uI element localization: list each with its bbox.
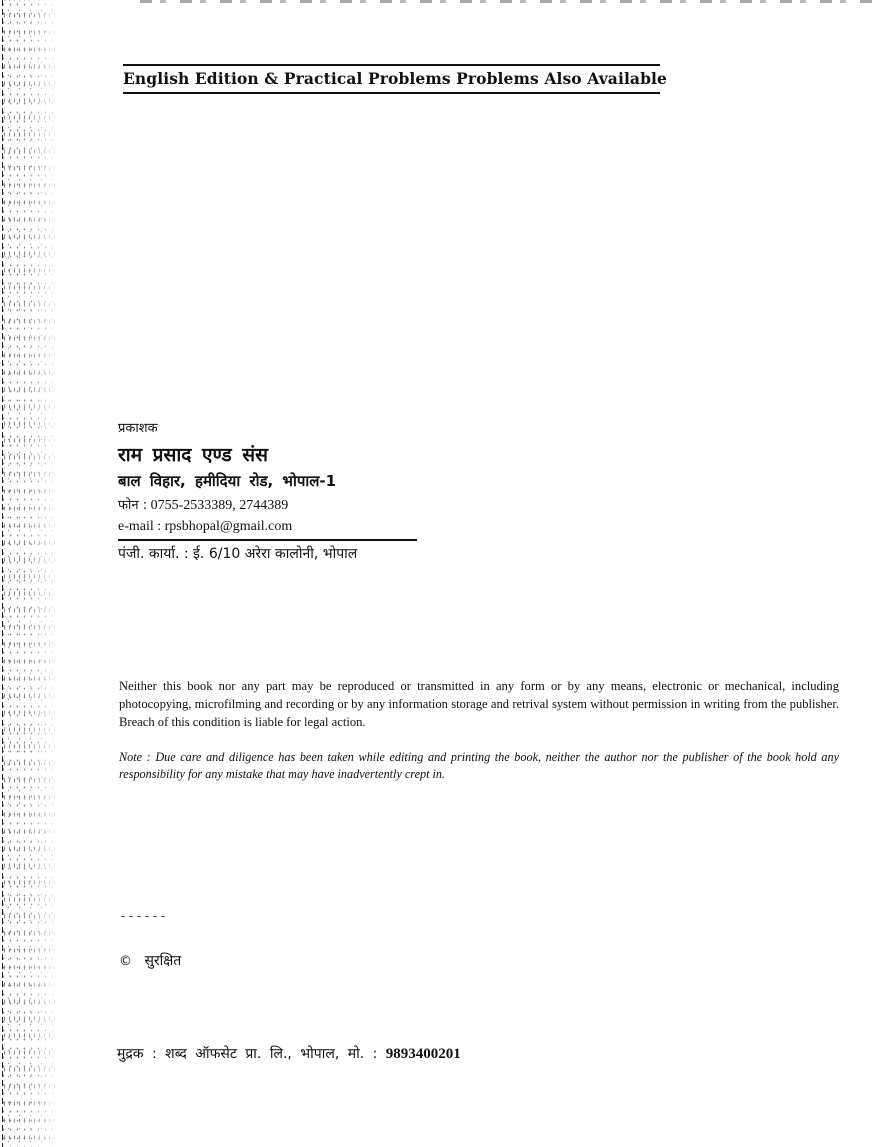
copyright-icon: © <box>119 954 132 969</box>
banner-top-rule <box>123 64 660 66</box>
banner-title: English Edition & Practical Problems Pro… <box>123 69 660 89</box>
publisher-block: प्रकाशक राम प्रसाद एण्ड संस बाल विहार, ह… <box>118 420 417 565</box>
copyright-line: © सुरक्षित <box>119 950 181 973</box>
phone-label: फोन : <box>118 498 147 513</box>
publisher-address: बाल विहार, हमीदिया रोड, भोपाल-1 <box>118 469 417 493</box>
scan-top-noise <box>140 0 875 3</box>
copyright-text: सुरक्षित <box>144 953 181 969</box>
publisher-label: प्रकाशक <box>118 420 417 438</box>
scan-edge-noise <box>0 0 60 1147</box>
scan-edge-line <box>2 0 3 1147</box>
registered-office: पंजी. कार्या. : ई. 6/10 अरेरा कालोनी, भो… <box>118 543 417 565</box>
book-imprint-page: English Edition & Practical Problems Pro… <box>0 0 875 1147</box>
availability-banner: English Edition & Practical Problems Pro… <box>123 64 660 94</box>
printer-line: मुद्रक : शब्द ऑफसेट प्रा. लि., भोपाल, मो… <box>117 1043 461 1065</box>
publisher-phone: फोन : 0755-2533389, 2744389 <box>118 495 417 517</box>
rights-notice: Neither this book nor any part may be re… <box>119 677 839 731</box>
publisher-divider <box>118 539 417 541</box>
banner-bottom-rule <box>123 92 660 94</box>
publisher-email: e-mail : rpsbhopal@gmail.com <box>118 517 417 537</box>
dashed-mark <box>121 916 165 917</box>
disclaimer-note: Note : Due care and diligence has been t… <box>119 749 839 783</box>
printer-mobile: 9893400201 <box>386 1046 461 1062</box>
printer-text: मुद्रक : शब्द ऑफसेट प्रा. लि., भोपाल, मो… <box>117 1046 377 1062</box>
phone-numbers: 0755-2533389, 2744389 <box>151 498 289 513</box>
publisher-name: राम प्रसाद एण्ड संस <box>118 441 417 469</box>
